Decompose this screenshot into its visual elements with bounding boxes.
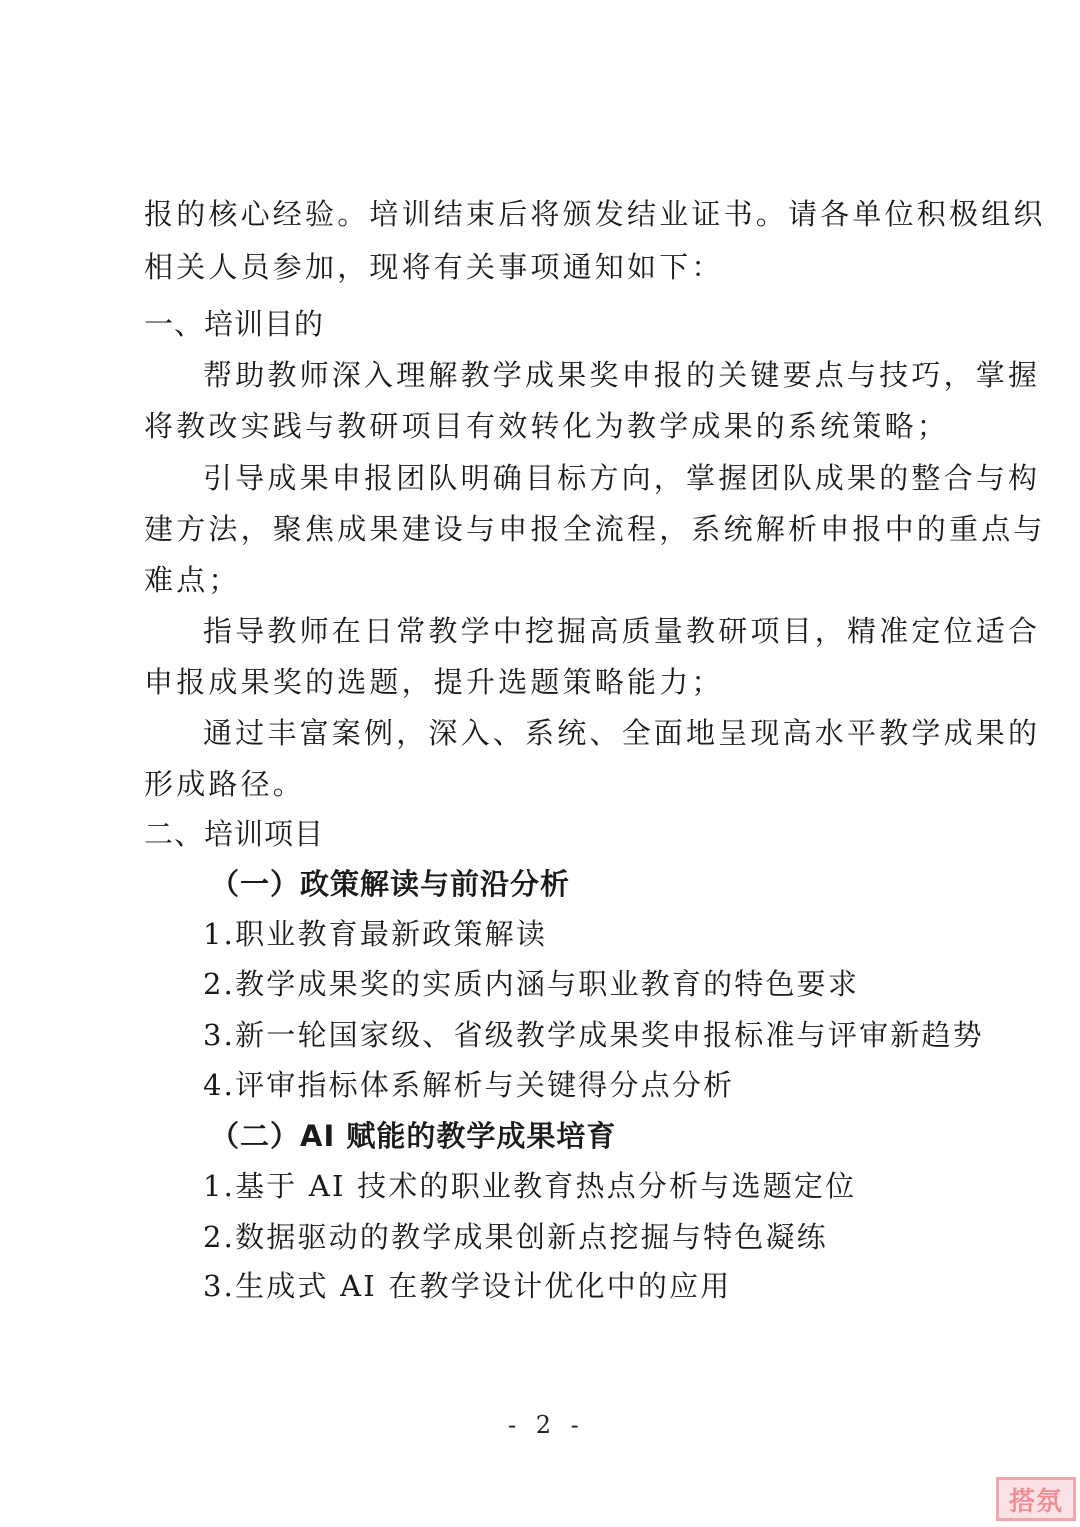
paragraph-line: 形成路径。 <box>144 766 305 802</box>
paragraph-line: 难点； <box>144 562 241 598</box>
paragraph-line: 报的核心经验。培训结束后将颁发结业证书。请各单位积极组织 <box>144 196 1046 232</box>
list-item: 2.数据驱动的教学成果创新点挖掘与特色凝练 <box>203 1219 828 1255</box>
seal-text: 搭氛 <box>1009 1481 1063 1518</box>
paragraph-line: 指导教师在日常教学中挖掘高质量教研项目，精准定位适合 <box>203 613 1040 649</box>
paragraph-line: 帮助教师深入理解教学成果奖申报的关键要点与技巧，掌握 <box>203 357 1040 393</box>
section-heading-purpose: 一、培训目的 <box>144 306 324 342</box>
section-heading-projects: 二、培训项目 <box>144 816 324 852</box>
paragraph-line: 引导成果申报团队明确目标方向，掌握团队成果的整合与构 <box>203 460 1040 496</box>
list-item: 4.评审指标体系解析与关键得分点分析 <box>203 1067 734 1103</box>
paragraph-line: 申报成果奖的选题，提升选题策略能力； <box>144 664 724 700</box>
page-number: - 2 - <box>508 1410 585 1440</box>
list-item: 3.生成式 AI 在教学设计优化中的应用 <box>203 1268 732 1304</box>
list-item: 1.基于 AI 技术的职业教育热点分析与选题定位 <box>203 1168 856 1204</box>
list-item: 3.新一轮国家级、省级教学成果奖申报标准与评审新趋势 <box>203 1017 984 1053</box>
seal-stamp-icon: 搭氛 <box>996 1477 1076 1521</box>
list-item: 1.职业教育最新政策解读 <box>203 916 547 952</box>
list-item: 2.教学成果奖的实质内涵与职业教育的特色要求 <box>203 966 859 1002</box>
paragraph-line: 将教改实践与教研项目有效转化为教学成果的系统策略； <box>144 408 949 444</box>
paragraph-line: 相关人员参加，现将有关事项通知如下： <box>144 249 724 285</box>
subsection-title-ai: （二）AI 赋能的教学成果培育 <box>210 1118 616 1154</box>
subsection-title-policy: （一）政策解读与前沿分析 <box>210 866 570 902</box>
paragraph-line: 建方法，聚焦成果建设与申报全流程，系统解析申报中的重点与 <box>144 511 1046 547</box>
paragraph-line: 通过丰富案例，深入、系统、全面地呈现高水平教学成果的 <box>203 715 1040 751</box>
document-page: 报的核心经验。培训结束后将颁发结业证书。请各单位积极组织 相关人员参加，现将有关… <box>0 0 1080 1527</box>
